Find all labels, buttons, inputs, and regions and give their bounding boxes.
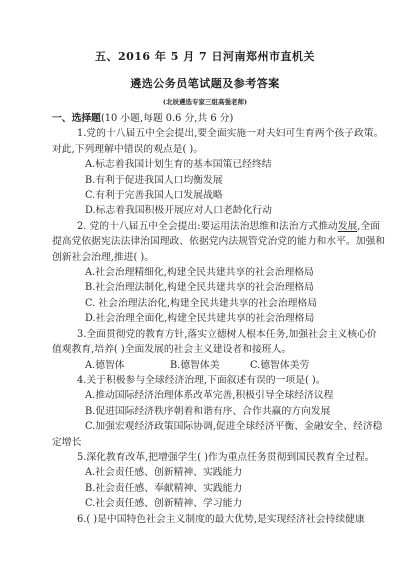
q2-stem-line1: 2. 党的十八届五中全会提出:要运用法治思维和法治方式推动发展,全面 <box>52 219 384 234</box>
q2-stem-line1-post: ,全面 <box>357 221 380 232</box>
doc-byline: (北辰遴选专家三组高强老师) <box>0 98 410 107</box>
q3-option-c: C.德智体美劳 <box>250 360 309 371</box>
q2-stem-line2: 提高党依据宪法法律治国理政、依据党内法规管党治党的能力和水平。加强和 <box>52 234 384 249</box>
document-header: 五、2016 年 5 月 7 日河南郑州市直机关 遴选公务员笔试题及参考答案 (… <box>0 50 410 107</box>
section-heading-label: 一、选择题 <box>52 113 101 124</box>
section-heading-meta: (10 小题,每题 0.6 分,共 6 分) <box>101 113 233 124</box>
doc-title-line1: 五、2016 年 5 月 7 日河南郑州市直机关 <box>0 50 410 64</box>
q2-stem-underlined-term: 发展 <box>338 221 358 232</box>
q5-option-c: C.社会责任感、创新精神、学习能力 <box>52 496 384 511</box>
q3-stem-line1: 3.全面贯彻党的教育方针,落实立德树人根本任务,加强社会主义核心价 <box>52 327 384 342</box>
q5-stem-line1: 5.深化教育改革,把增强学生( )作为重点任务贯彻到国民教育全过程。 <box>52 450 384 465</box>
q2-option-c: C. 社会治理法治化,构建全民共建共享的社会治理格局 <box>52 296 384 311</box>
q4-option-c-line2: 定增长 <box>52 435 384 450</box>
q5-option-a: A.社会责任感、创新精神、实践能力 <box>52 465 384 480</box>
exam-document-page: 五、2016 年 5 月 7 日河南郑州市直机关 遴选公务员笔试题及参考答案 (… <box>0 0 410 580</box>
q1-option-a: A.标志着我国计划生育的基本国策已经终结 <box>52 157 384 172</box>
q4-stem-line1: 4.关于积极参与全球经济治理,下面叙述有误的一项是( )。 <box>52 373 384 388</box>
q1-option-d: D.标志着我国积极开展应对人口老龄化行动 <box>52 203 384 218</box>
q2-stem-line1-pre: 2. 党的十八届五中全会提出:要运用法治思维和法治方式推动 <box>77 221 338 232</box>
q4-option-b: B.促进国际经济秩序朝着和谐有序、合作共赢的方向发展 <box>52 404 384 419</box>
q3-stem-line2: 值观教育,培养( )全面发展的社会主义建设者和接班人。 <box>52 342 384 357</box>
q5-option-b: B.社会责任感、奉献精神、实践能力 <box>52 481 384 496</box>
q1-option-b: B.有利于促进我国人口均衡发展 <box>52 173 384 188</box>
q2-option-a: A.社会治理精细化,构建全民共建共享的社会治理格局 <box>52 265 384 280</box>
q2-option-b: B.社会治理法制化,构建全民共建共享的社会治理格局 <box>52 280 384 295</box>
q2-option-d: D.社会治理全面化,构建全民共建共享的社会治理格局 <box>52 311 384 326</box>
doc-title-line2: 遴选公务员笔试题及参考答案 <box>0 77 410 91</box>
q6-stem-line1: 6.( )是中国特色社会主义制度的最大优势,是实现经济社会持续健康 <box>52 512 384 527</box>
q3-option-b: B.德智体美 <box>170 358 250 373</box>
q1-option-c: C.有利于完善我国人口发展战略 <box>52 188 384 203</box>
q3-options-row: A.德智体B.德智体美C.德智体美劳 <box>52 358 384 373</box>
section-heading: 一、选择题(10 小题,每题 0.6 分,共 6 分) <box>52 111 384 126</box>
q1-stem-line2: 对此,下列理解中错误的观点是( )。 <box>52 142 384 157</box>
q1-stem-line1: 1.党的十八届五中全会提出,要全面实施一对夫妇可生育两个孩子政策。 <box>52 126 384 141</box>
q4-option-a: A.推动国际经济治理体系改革完善,积极引导全球经济议程 <box>52 388 384 403</box>
q3-option-a: A.德智体 <box>85 358 170 373</box>
document-body: 一、选择题(10 小题,每题 0.6 分,共 6 分) 1.党的十八届五中全会提… <box>0 111 410 527</box>
q2-stem-line3: 创新社会治理,推进( )。 <box>52 250 384 265</box>
q4-option-c-line1: C.加强宏观经济政策国际协调,促进全球经济平衡、金融安全、经济稳 <box>52 419 384 434</box>
